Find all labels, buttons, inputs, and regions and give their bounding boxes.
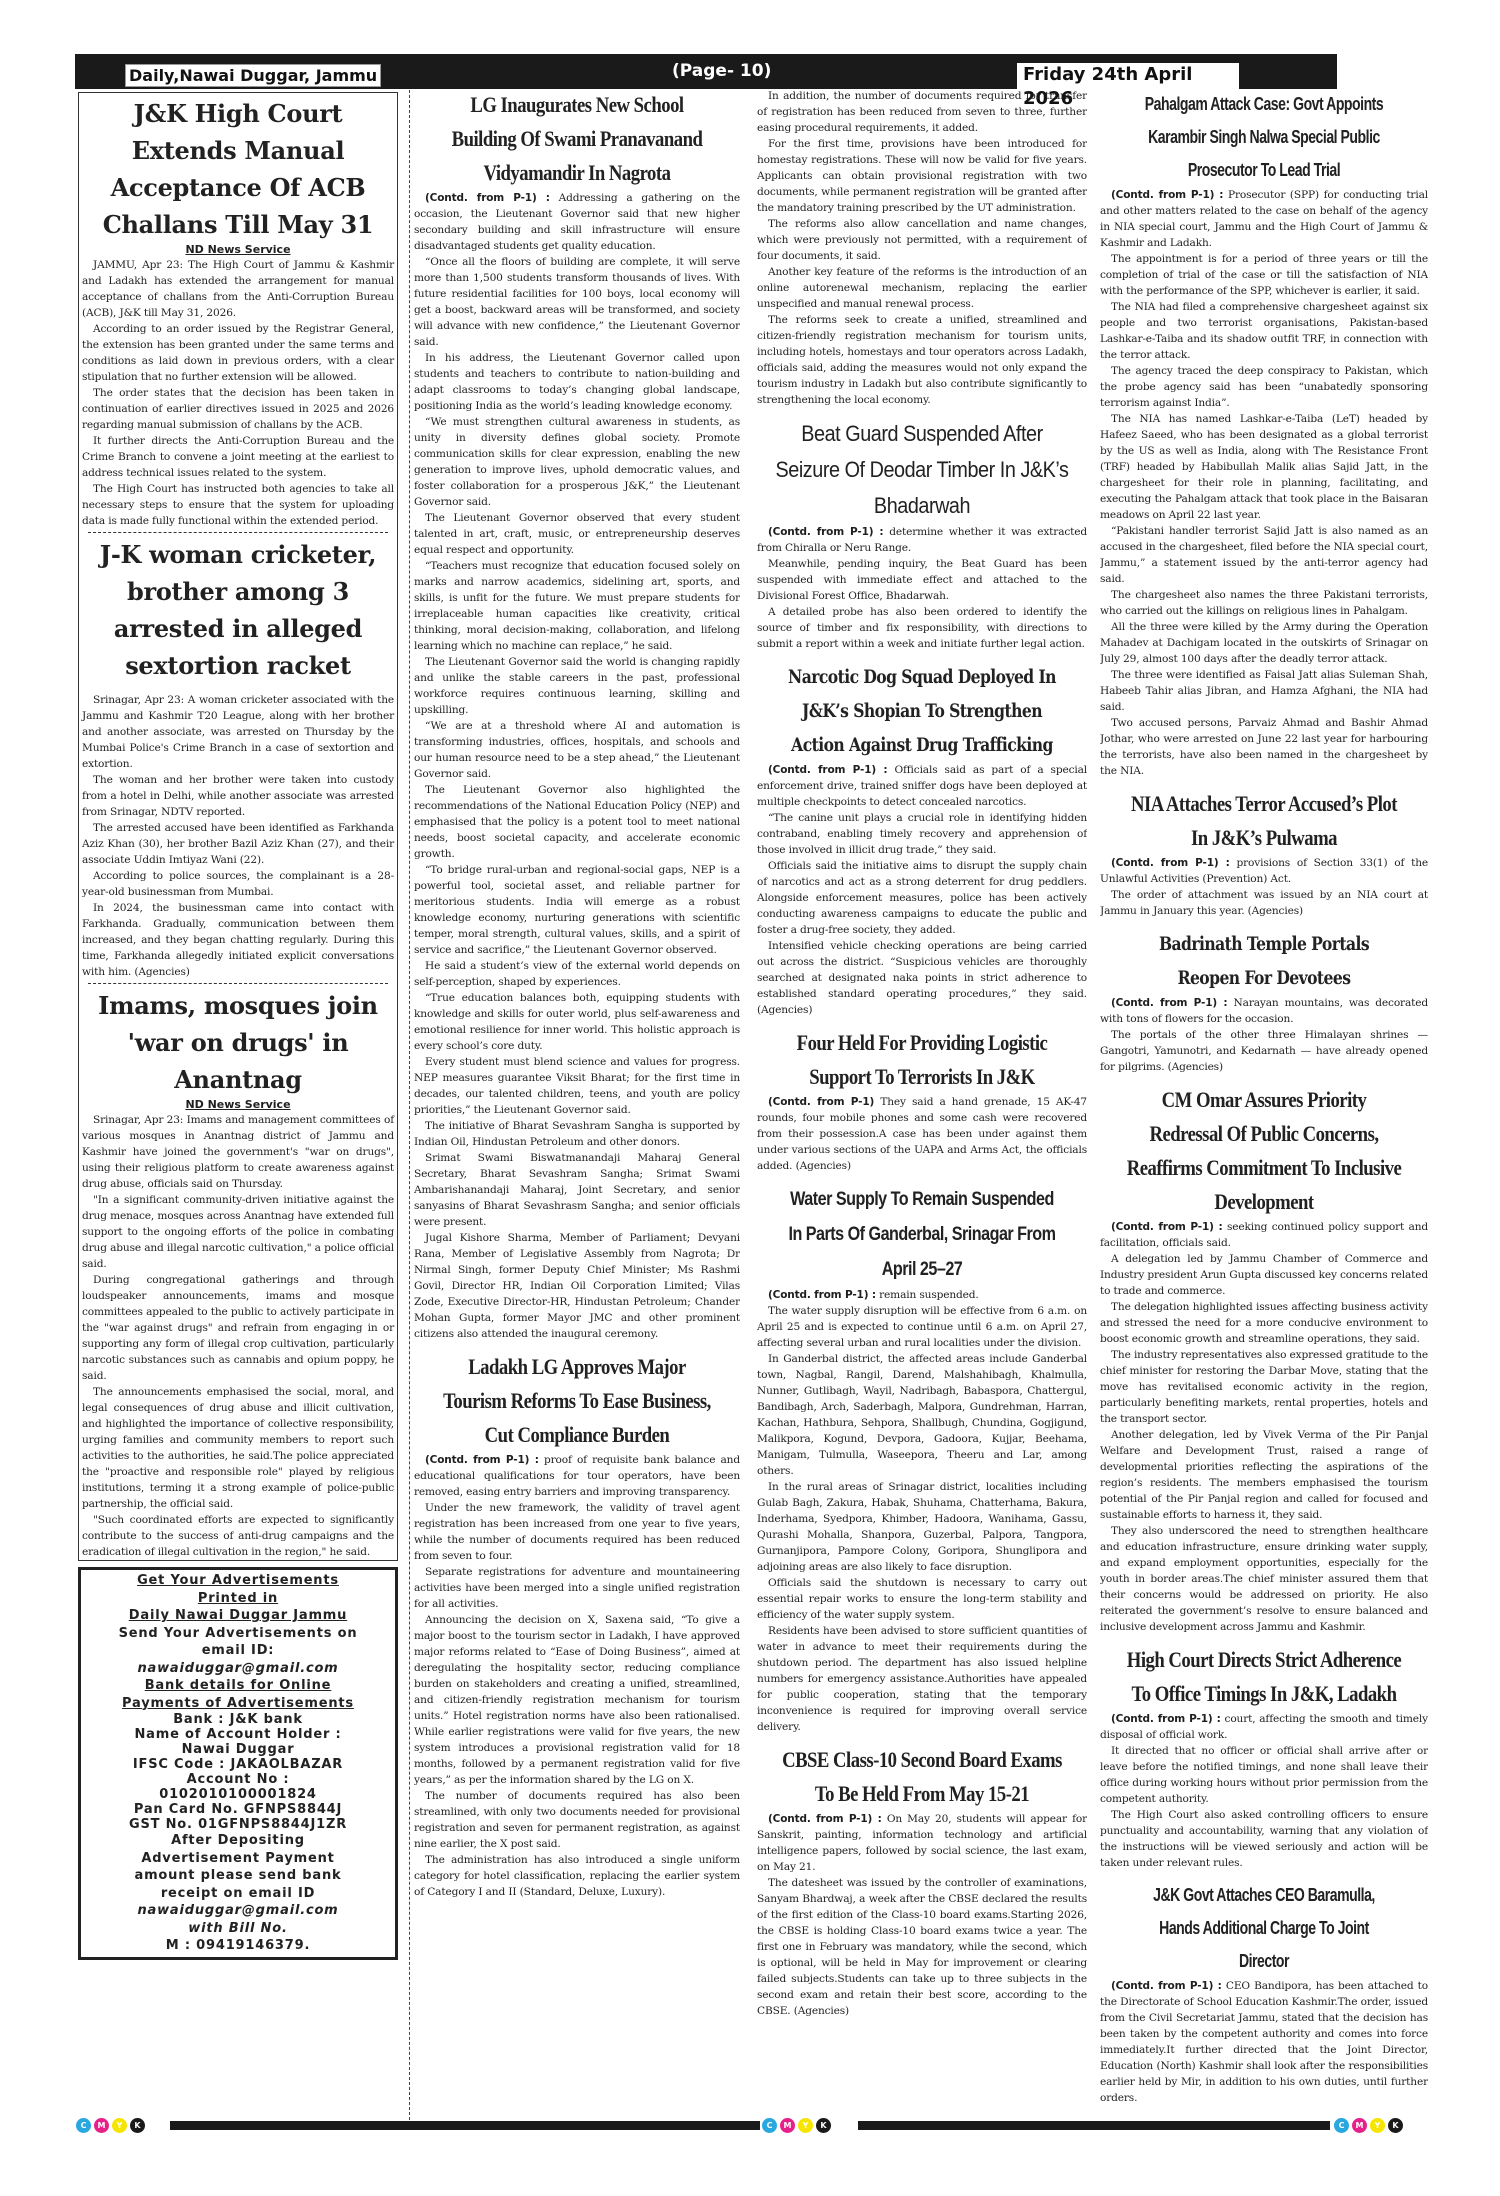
ad-line: Advertisement Payment xyxy=(87,1850,389,1868)
paragraph: A delegation led by Jammu Chamber of Com… xyxy=(1100,1251,1428,1299)
paragraph: The chargesheet also names the three Pak… xyxy=(1100,587,1428,619)
paragraph: In addition, the number of documents req… xyxy=(757,88,1087,136)
ad-line: Daily Nawai Duggar Jammu xyxy=(87,1607,389,1625)
paragraph: The agency traced the deep conspiracy to… xyxy=(1100,363,1428,411)
paragraph: The Lieutenant Governor observed that ev… xyxy=(414,510,740,558)
paragraph: “The canine unit plays a crucial role in… xyxy=(757,810,1087,858)
paragraph: Another key feature of the reforms is th… xyxy=(757,264,1087,312)
cyan-mark-icon: C xyxy=(1334,2118,1349,2133)
paragraph: They also underscored the need to streng… xyxy=(1100,1523,1428,1635)
ad-line: email ID: xyxy=(87,1642,389,1660)
paragraph: (Contd. from P-1) They said a hand grena… xyxy=(757,1094,1087,1174)
paragraph: All the three were killed by the Army du… xyxy=(1100,619,1428,667)
paragraph: In his address, the Lieutenant Governor … xyxy=(414,350,740,414)
byline: ND News Service xyxy=(82,1098,394,1112)
paragraph: (Contd. from P-1) : court, affecting the… xyxy=(1100,1711,1428,1743)
contd-label: (Contd. from P-1) : xyxy=(1111,997,1227,1009)
ad-line: Printed in xyxy=(87,1590,389,1608)
headline: Four Held For Providing Logistic Support… xyxy=(782,1026,1063,1094)
paragraph: The woman and her brother were taken int… xyxy=(82,772,394,820)
paragraph: In 2024, the businessman came into conta… xyxy=(82,900,394,980)
paragraph: “Pakistani handler terrorist Sajid Jatt … xyxy=(1100,523,1428,587)
cyan-mark-icon: C xyxy=(762,2118,777,2133)
ad-line: Get Your Advertisements xyxy=(87,1572,389,1590)
paragraph: Officials said the shutdown is necessary… xyxy=(757,1575,1087,1623)
paragraph: "In a significant community-driven initi… xyxy=(82,1192,394,1272)
contd-label: (Contd. from P-1) : xyxy=(1111,1713,1221,1725)
paragraph: The portals of the other three Himalayan… xyxy=(1100,1027,1428,1075)
column-1: J&K High Court Extends Manual Acceptance… xyxy=(78,92,398,1960)
paragraph: JAMMU, Apr 23: The High Court of Jammu &… xyxy=(82,257,394,321)
paragraph: It directed that no officer or official … xyxy=(1100,1743,1428,1807)
paragraph: “To bridge rural-urban and regional-soci… xyxy=(414,862,740,958)
magenta-mark-icon: M xyxy=(780,2118,795,2133)
headline: CM Omar Assures Priority Redressal Of Pu… xyxy=(1125,1083,1404,1219)
contd-label: (Contd. from P-1) : xyxy=(768,1289,876,1301)
black-mark-icon: K xyxy=(1388,2118,1403,2133)
black-mark-icon: K xyxy=(130,2118,145,2133)
paragraph: A detailed probe has also been ordered t… xyxy=(757,604,1087,652)
advertisement-box: Get Your Advertisements Printed in Daily… xyxy=(78,1567,398,1960)
paragraph: Intensified vehicle checking operations … xyxy=(757,938,1087,1018)
paragraph: According to an order issued by the Regi… xyxy=(82,321,394,385)
byline: ND News Service xyxy=(82,243,394,257)
paragraph: The NIA had filed a comprehensive charge… xyxy=(1100,299,1428,363)
paragraph: Every student must blend science and val… xyxy=(414,1054,740,1118)
paragraph: Residents have been advised to store suf… xyxy=(757,1623,1087,1735)
paragraph: In Ganderbal district, the affected area… xyxy=(757,1351,1087,1479)
paragraph: “We are at a threshold where AI and auto… xyxy=(414,718,740,782)
ad-account-label: Account No : xyxy=(87,1772,389,1787)
ad-holder-label: Name of Account Holder : xyxy=(87,1727,389,1742)
paragraph: The Lieutenant Governor also highlighted… xyxy=(414,782,740,862)
contd-label: (Contd. from P-1) : xyxy=(1111,857,1230,869)
paragraph: The delegation highlighted issues affect… xyxy=(1100,1299,1428,1347)
footer-bar xyxy=(170,2121,760,2130)
paragraph: According to police sources, the complai… xyxy=(82,868,394,900)
paragraph: The order of attachment was issued by an… xyxy=(1100,887,1428,919)
paragraph: (Contd. from P-1) : proof of requisite b… xyxy=(414,1452,740,1500)
ad-email-link[interactable]: nawaiduggar@gmail.com xyxy=(87,1660,389,1678)
headline: J&K Govt Attaches CEO Baramulla, Hands A… xyxy=(1136,1879,1392,1978)
paragraph: He said a student’s view of the external… xyxy=(414,958,740,990)
paragraph: It further directs the Anti-Corruption B… xyxy=(82,433,394,481)
paragraph: Officials said the initiative aims to di… xyxy=(757,858,1087,938)
paragraph: In the rural areas of Srinagar district,… xyxy=(757,1479,1087,1575)
headline: Pahalgam Attack Case: Govt Appoints Kara… xyxy=(1136,88,1392,187)
section-divider xyxy=(88,532,388,533)
headline: J&K High Court Extends Manual Acceptance… xyxy=(82,93,394,243)
masthead-bar: Daily,Nawai Duggar, Jammu (Page- 10) Fri… xyxy=(75,54,1337,89)
paper-name: Daily,Nawai Duggar, Jammu xyxy=(125,64,381,87)
paragraph: (Contd. from P-1) : Officials said as pa… xyxy=(757,762,1087,810)
column-2: LG Inaugurates New School Building Of Sw… xyxy=(414,88,740,1900)
yellow-mark-icon: Y xyxy=(798,2118,813,2133)
column-3: In addition, the number of documents req… xyxy=(757,88,1087,2019)
magenta-mark-icon: M xyxy=(1352,2118,1367,2133)
paragraph: Srinagar, Apr 23: A woman cricketer asso… xyxy=(82,692,394,772)
ad-account-number: 0102010100001824 xyxy=(87,1787,389,1802)
headline: LG Inaugurates New School Building Of Sw… xyxy=(438,88,715,190)
paragraph: The order states that the decision has b… xyxy=(82,385,394,433)
paragraph: Announcing the decision on X, Saxena sai… xyxy=(414,1612,740,1788)
section-divider xyxy=(88,983,388,984)
paragraph: (Contd. from P-1) : CEO Bandipora, has b… xyxy=(1100,1978,1428,2106)
paragraph: The three were identified as Faisal Jatt… xyxy=(1100,667,1428,715)
headline: Ladakh LG Approves Major Tourism Reforms… xyxy=(438,1350,715,1452)
contd-label: (Contd. from P-1) : xyxy=(768,764,887,776)
paragraph: (Contd. from P-1) : Prosecutor (SPP) for… xyxy=(1100,187,1428,251)
ad-ifsc: IFSC Code : JAKAOLBAZAR xyxy=(87,1757,389,1772)
paragraph: (Contd. from P-1) : determine whether it… xyxy=(757,524,1087,556)
paragraph: (Contd. from P-1) : provisions of Sectio… xyxy=(1100,855,1428,887)
paragraph: The arrested accused have been identifie… xyxy=(82,820,394,868)
contd-label: (Contd. from P-1) xyxy=(768,1096,874,1108)
contd-label: (Contd. from P-1) : xyxy=(1111,1221,1223,1233)
lead-text: remain suspended. xyxy=(879,1289,979,1301)
paragraph: (Contd. from P-1) : remain suspended. xyxy=(757,1287,1087,1303)
paragraph: The NIA has named Lashkar-e-Taiba (LeT) … xyxy=(1100,411,1428,523)
paragraph: Jugal Kishore Sharma, Member of Parliame… xyxy=(414,1230,740,1342)
contd-label: (Contd. from P-1) : xyxy=(768,526,883,538)
paragraph: Separate registrations for adventure and… xyxy=(414,1564,740,1612)
contd-label: (Contd. from P-1) : xyxy=(425,1454,539,1466)
contd-label: (Contd. from P-1) : xyxy=(425,192,550,204)
paragraph: The announcements emphasised the social,… xyxy=(82,1384,394,1512)
paragraph: During congregational gatherings and thr… xyxy=(82,1272,394,1384)
black-mark-icon: K xyxy=(816,2118,831,2133)
ad-email-link[interactable]: nawaiduggar@gmail.com xyxy=(87,1902,389,1920)
headline: High Court Directs Strict Adherence To O… xyxy=(1125,1643,1404,1711)
column-4: Pahalgam Attack Case: Govt Appoints Kara… xyxy=(1100,88,1428,2106)
paragraph: “Teachers must recognize that education … xyxy=(414,558,740,654)
paragraph: "Such coordinated efforts are expected t… xyxy=(82,1512,394,1560)
paragraph: (Contd. from P-1) : Narayan mountains, w… xyxy=(1100,995,1428,1027)
headline: NIA Attaches Terror Accused’s Plot In J&… xyxy=(1125,787,1404,855)
column-divider xyxy=(409,90,410,2130)
ad-line: amount please send bank xyxy=(87,1867,389,1885)
registration-marks-right: C M Y K xyxy=(1334,2118,1403,2133)
footer-bar xyxy=(858,2121,1330,2130)
headline: Imams, mosques join 'war on drugs' in An… xyxy=(82,987,394,1098)
contd-label: (Contd. from P-1) : xyxy=(768,1813,882,1825)
paragraph: The High Court has instructed both agenc… xyxy=(82,481,394,529)
ad-line: Payments of Advertisements xyxy=(87,1695,389,1713)
ad-phone: M : 09419146379. xyxy=(87,1937,389,1955)
ad-line: After Depositing xyxy=(87,1832,389,1850)
paragraph: Meanwhile, pending inquiry, the Beat Gua… xyxy=(757,556,1087,604)
headline: Badrinath Temple Portals Reopen For Devo… xyxy=(1130,927,1399,995)
article-box-high-court-acb: J&K High Court Extends Manual Acceptance… xyxy=(78,92,398,1561)
paragraph: (Contd. from P-1) : Addressing a gatheri… xyxy=(414,190,740,254)
paragraph: The Lieutenant Governor said the world i… xyxy=(414,654,740,718)
paragraph: Another delegation, led by Vivek Verma o… xyxy=(1100,1427,1428,1523)
paragraph: (Contd. from P-1) : On May 20, students … xyxy=(757,1811,1087,1875)
ad-line: with Bill No. xyxy=(87,1920,389,1938)
paragraph: The appointment is for a period of three… xyxy=(1100,251,1428,299)
paragraph: The number of documents required has als… xyxy=(414,1788,740,1852)
ad-pan: Pan Card No. GFNPS8844J xyxy=(87,1802,389,1817)
paragraph: Two accused persons, Parvaiz Ahmad and B… xyxy=(1100,715,1428,779)
headline: J-K woman cricketer, brother among 3 arr… xyxy=(82,536,394,684)
page-number: (Page- 10) xyxy=(672,60,771,82)
headline: CBSE Class-10 Second Board Exams To Be H… xyxy=(782,1743,1063,1811)
ad-line: Send Your Advertisements on xyxy=(87,1625,389,1643)
contd-label: (Contd. from P-1) : xyxy=(1111,1980,1222,1992)
paragraph: Srimat Swami Biswatmanandaji Maharaj Gen… xyxy=(414,1150,740,1230)
paragraph: Srinagar, Apr 23: Imams and management c… xyxy=(82,1112,394,1192)
paragraph: “True education balances both, equipping… xyxy=(414,990,740,1054)
headline: Water Supply To Remain Suspended In Part… xyxy=(782,1182,1063,1287)
ad-gst: GST No. 01GFNPS8844J1ZR xyxy=(87,1817,389,1832)
paragraph: The initiative of Bharat Sevashram Sangh… xyxy=(414,1118,740,1150)
paragraph: The water supply disruption will be effe… xyxy=(757,1303,1087,1351)
ad-line: receipt on email ID xyxy=(87,1885,389,1903)
paragraph: For the first time, provisions have been… xyxy=(757,136,1087,216)
headline: Beat Guard Suspended After Seizure Of De… xyxy=(774,416,1071,524)
ad-line: Bank details for Online xyxy=(87,1677,389,1695)
magenta-mark-icon: M xyxy=(94,2118,109,2133)
cyan-mark-icon: C xyxy=(76,2118,91,2133)
yellow-mark-icon: Y xyxy=(1370,2118,1385,2133)
headline: Narcotic Dog Squad Deployed In J&K’s Sho… xyxy=(787,660,1058,762)
paragraph: The industry representatives also expres… xyxy=(1100,1347,1428,1427)
paragraph: (Contd. from P-1) : seeking continued po… xyxy=(1100,1219,1428,1251)
paragraph: The reforms seek to create a unified, st… xyxy=(757,312,1087,408)
paragraph: The High Court also asked controlling of… xyxy=(1100,1807,1428,1871)
paragraph: “We must strengthen cultural awareness i… xyxy=(414,414,740,510)
ad-holder: Nawai Duggar xyxy=(87,1742,389,1757)
lead-text: CEO Bandipora, has been attached to the … xyxy=(1100,1980,1428,2104)
paragraph: The administration has also introduced a… xyxy=(414,1852,740,1900)
ad-bank: Bank : J&K bank xyxy=(87,1712,389,1727)
registration-marks-center: C M Y K xyxy=(762,2118,831,2133)
paragraph: The datesheet was issued by the controll… xyxy=(757,1875,1087,2019)
paragraph: Under the new framework, the validity of… xyxy=(414,1500,740,1564)
contd-label: (Contd. from P-1) : xyxy=(1111,189,1223,201)
yellow-mark-icon: Y xyxy=(112,2118,127,2133)
registration-marks-left: C M Y K xyxy=(76,2118,145,2133)
paragraph: “Once all the floors of building are com… xyxy=(414,254,740,350)
paragraph: The reforms also allow cancellation and … xyxy=(757,216,1087,264)
